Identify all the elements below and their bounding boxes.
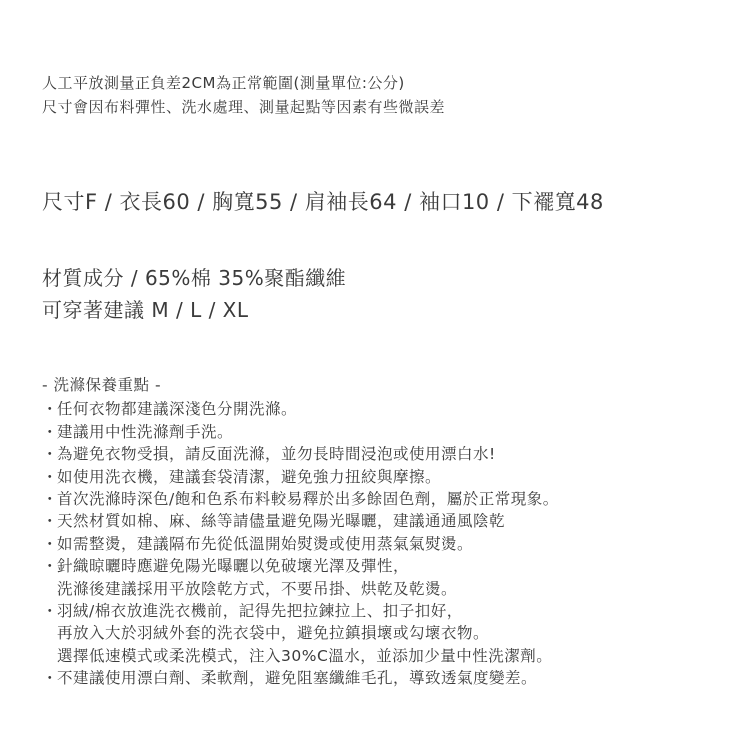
care-instruction-line: ・為避免衣物受損，請反面洗滌，並勿長時間浸泡或使用漂白水! bbox=[42, 443, 559, 465]
care-instruction-line: ・不建議使用漂白劑、柔軟劑，避免阻塞纖維毛孔，導致透氣度變差。 bbox=[42, 667, 559, 689]
bullet-marker: ・ bbox=[42, 555, 57, 577]
bullet-marker: ・ bbox=[42, 466, 57, 488]
care-instruction-text: 再放入大於羽絨外套的洗衣袋中，避免拉鎮損壞或勾壞衣物。 bbox=[57, 624, 489, 642]
bullet-marker: ・ bbox=[42, 510, 57, 532]
bullet-marker: ・ bbox=[42, 488, 57, 510]
care-instruction-line: ・如使用洗衣機，建議套袋清潔，避免強力扭絞與摩擦。 bbox=[42, 466, 559, 488]
care-instruction-line: ・首次洗滌時深色/飽和色系布料較易釋於出多餘固色劑，屬於正常現象。 bbox=[42, 488, 559, 510]
care-instruction-text: 羽絨/棉衣放進洗衣機前，記得先把拉鍊拉上、扣子扣好， bbox=[57, 602, 463, 620]
bullet-marker: ・ bbox=[42, 398, 57, 420]
care-instruction-text: 天然材質如棉、麻、絲等請儘量避免陽光曝曬，建議通通風陰乾 bbox=[57, 512, 505, 530]
measurement-note-line1: 人工平放測量正負差2CM為正常範圍(測量單位:公分) bbox=[42, 71, 445, 95]
care-instruction-text: 選擇低速模式或柔洗模式，注入30%C溫水，並添加少量中性洗潔劑。 bbox=[57, 647, 552, 665]
care-instructions: - 洗滌保養重點 - ・任何衣物都建議深淺色分開洗滌。 ・建議用中性洗滌劑手洗。… bbox=[42, 374, 559, 690]
care-instruction-line: ・羽絨/棉衣放進洗衣機前，記得先把拉鍊拉上、扣子扣好， bbox=[42, 600, 559, 622]
care-instruction-continuation: 再放入大於羽絨外套的洗衣袋中，避免拉鎮損壞或勾壞衣物。 bbox=[42, 622, 559, 644]
wear-suggestion: 可穿著建議 M / L / XL bbox=[42, 294, 346, 326]
bullet-marker: ・ bbox=[42, 600, 57, 622]
bullet-marker: ・ bbox=[42, 667, 57, 689]
care-instruction-line: ・建議用中性洗滌劑手洗。 bbox=[42, 421, 559, 443]
care-instruction-line: ・天然材質如棉、麻、絲等請儘量避免陽光曝曬，建議通通風陰乾 bbox=[42, 510, 559, 532]
care-instruction-continuation: 洗滌後建議採用平放陰乾方式，不要吊掛、烘乾及乾燙。 bbox=[42, 578, 559, 600]
care-instruction-line: ・任何衣物都建議深淺色分開洗滌。 bbox=[42, 398, 559, 420]
care-instruction-continuation: 選擇低速模式或柔洗模式，注入30%C溫水，並添加少量中性洗潔劑。 bbox=[42, 645, 559, 667]
care-instruction-text: 如使用洗衣機，建議套袋清潔，避免強力扭絞與摩擦。 bbox=[57, 468, 441, 486]
size-spec-line: 尺寸F / 衣長60 / 胸寬55 / 肩袖長64 / 袖口10 / 下襬寬48 bbox=[42, 186, 604, 216]
care-instruction-line: ・針織晾曬時應避免陽光曝曬以免破壞光澤及彈性， bbox=[42, 555, 559, 577]
care-instruction-text: 首次洗滌時深色/飽和色系布料較易釋於出多餘固色劑，屬於正常現象。 bbox=[57, 490, 559, 508]
measurement-notes: 人工平放測量正負差2CM為正常範圍(測量單位:公分) 尺寸會因布料彈性、洗水處理… bbox=[42, 71, 445, 119]
care-instruction-text: 為避免衣物受損，請反面洗滌，並勿長時間浸泡或使用漂白水! bbox=[57, 445, 496, 463]
bullet-marker: ・ bbox=[42, 421, 57, 443]
care-instruction-line: ・如需整燙，建議隔布先從低溫開始熨燙或使用蒸氣氣熨燙。 bbox=[42, 533, 559, 555]
care-instruction-text: 針織晾曬時應避免陽光曝曬以免破壞光澤及彈性， bbox=[57, 557, 409, 575]
care-instruction-text: 洗滌後建議採用平放陰乾方式，不要吊掛、烘乾及乾燙。 bbox=[57, 580, 457, 598]
care-instruction-text: 不建議使用漂白劑、柔軟劑，避免阻塞纖維毛孔，導致透氣度變差。 bbox=[57, 669, 537, 687]
bullet-marker: ・ bbox=[42, 533, 57, 555]
material-info: 材質成分 / 65%棉 35%聚酯纖維 可穿著建議 M / L / XL bbox=[42, 262, 346, 326]
care-instruction-text: 建議用中性洗滌劑手洗。 bbox=[57, 423, 233, 441]
bullet-marker: ・ bbox=[42, 443, 57, 465]
care-instruction-text: 任何衣物都建議深淺色分開洗滌。 bbox=[57, 400, 297, 418]
care-instruction-text: 如需整燙，建議隔布先從低溫開始熨燙或使用蒸氣氣熨燙。 bbox=[57, 535, 473, 553]
care-section-header: - 洗滌保養重點 - bbox=[42, 374, 559, 396]
material-composition: 材質成分 / 65%棉 35%聚酯纖維 bbox=[42, 262, 346, 294]
measurement-note-line2: 尺寸會因布料彈性、洗水處理、測量起點等因素有些微誤差 bbox=[42, 95, 445, 119]
